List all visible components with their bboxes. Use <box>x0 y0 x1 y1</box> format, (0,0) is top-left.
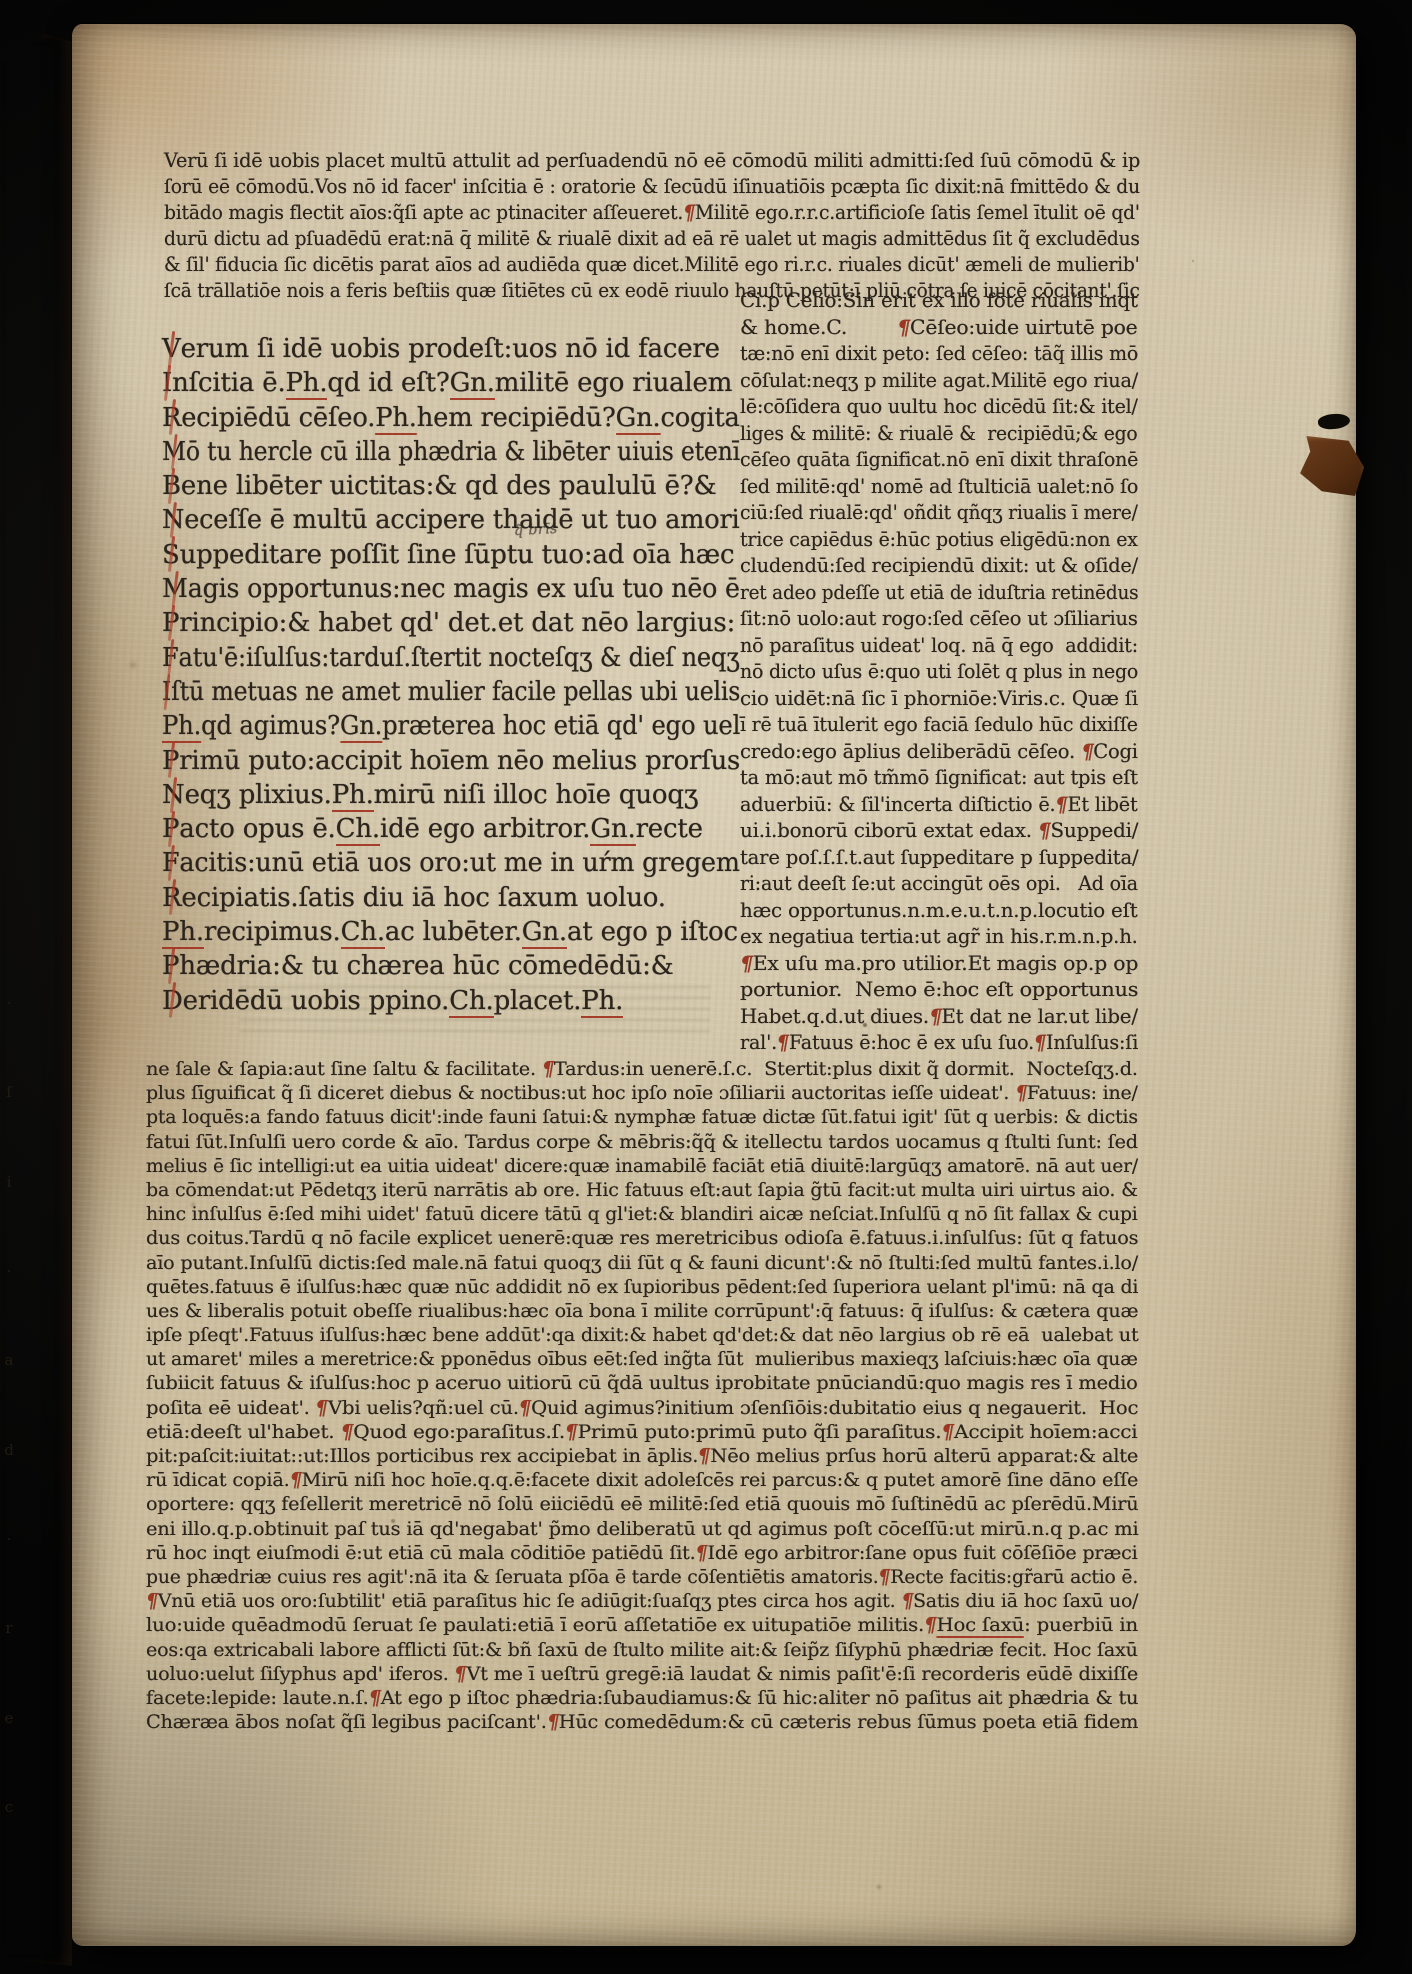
text-run: Vbi uelis?qñ:uel cū. <box>328 1397 519 1419</box>
text-run: nō dicto uſus ē:quo uti ſolēt q plus in … <box>740 660 1138 683</box>
text-run: Recte facitis:gr̃arū actio ē. <box>890 1566 1138 1588</box>
rubricated-abbreviation: Ph. <box>581 986 623 1018</box>
text-line: pue phædriæ cuius res agit':nā ita & ſer… <box>146 1565 1138 1589</box>
text-line: ſit:nō uolo:aut rogo:ſed cēſeo ut ɔſilia… <box>740 606 1138 633</box>
rubricated-abbreviation: Ph. <box>375 403 417 435</box>
text-line: liges & militē: & riualē & recipiēdū;& e… <box>740 421 1138 448</box>
text-line: portunior. Nemo ē:hoc eſt opportunus <box>740 977 1138 1004</box>
text-run: cio uidēt:nā ſic ī phorniōe:Viris.c. Quæ… <box>740 687 1138 710</box>
text-line: Primū puto:accipit hoīem nēo melius pror… <box>162 744 740 778</box>
text-run: cogita <box>660 403 739 433</box>
rubricated-initial: F <box>162 641 179 675</box>
text-line: credo:ego āplius deliberādū cēſeo. ¶Cogi <box>740 739 1138 766</box>
text-run: durū dictu ad pſuadēdū erat:nā q̄ militē… <box>164 227 1140 250</box>
edge-glyph: i <box>7 1173 12 1191</box>
text-run: Ci.p Celio:Sin erit ex illo fōte riualis… <box>740 289 1138 312</box>
text-run: : puerbiū in <box>1024 1614 1138 1636</box>
rubricated-initial: V <box>162 332 181 366</box>
text-line: Inſcitia ē.Ph.qd id eſt?Gn.militē ego ri… <box>162 366 732 400</box>
text-line: trice capiēdus ē:hūc potius eligēdū:non … <box>740 527 1138 554</box>
text-run: Nēo melius prſus horū alterū apparat:& a… <box>710 1445 1138 1467</box>
text-line: ipſe pſeqt'.Fatuus iſulſus:hæc bene addū… <box>146 1323 1138 1347</box>
text-run: ecipiatis.ſatis diu iā hoc ſaxum uoluo. <box>181 883 665 913</box>
text-run: Vnū etiā uos oro:ſubtilit' etiā paraſitu… <box>158 1590 901 1612</box>
text-run: uoluo:uelut ſiſyphus apd' iferos. <box>146 1663 455 1685</box>
rubricated-initial: F <box>162 846 179 880</box>
text-run: at ego p iſtoc <box>567 917 738 947</box>
text-run: ſit:nō uolo:aut rogo:ſed cēſeo ut ɔſilia… <box>740 607 1138 630</box>
text-run: ta mō:aut mō tm̃mō ſignificat: aut tpis … <box>740 766 1138 789</box>
text-run: Et libēt <box>1067 793 1137 816</box>
rubricated-initial: R <box>162 401 181 435</box>
text-run: portunior. Nemo ē:hoc eſt opportunus <box>740 978 1138 1001</box>
text-run: qd id eſt? <box>327 368 449 398</box>
text-line: Suppeditare poſſit ſine ſūptu tuo:ad oīa… <box>162 538 734 572</box>
text-run: acitis:unū etiā uos oro:ut me in uŕm gre… <box>179 848 739 878</box>
text-line: ¶Vnū etiā uos oro:ſubtilit' etiā paraſit… <box>146 1589 1138 1613</box>
text-run: ut amaret' miles a meretrice:& pponēdus … <box>146 1348 1138 1370</box>
rubricated-initial: I <box>162 675 171 709</box>
text-run: rū īdicat copiā. <box>146 1469 290 1491</box>
book-photo: ·ſi·ad·rec Verū ſi idē uobis placet mult… <box>0 0 1412 1974</box>
text-run: Idē ego arbitror:ſane opus fuit cōſēſiōe… <box>707 1542 1137 1564</box>
text-run: hem recipiēdū? <box>417 403 616 433</box>
rubricated-initial: N <box>162 778 185 812</box>
text-line: ī rē tuā ītulerit ego faciā ſedulo hūc d… <box>740 712 1138 739</box>
text-line: Ph.qd agimus?Gn.præterea hoc etiā qd' eg… <box>162 709 740 743</box>
edge-glyph: a <box>5 1351 14 1369</box>
text-line: Principio:& habet qd' det.et dat nēo lar… <box>162 606 735 640</box>
text-run: Quid agimus?initium ɔſenſiōis:dubitatio … <box>531 1397 1138 1419</box>
text-run: facete:lepide: laute.n.ſ. <box>146 1687 369 1709</box>
text-line: cōſulat:neqʒ p milite agat.Militē ego ri… <box>740 368 1138 395</box>
rubricated-initial: M <box>162 572 188 606</box>
text-run: ſtū metuas ne amet mulier facile pellas … <box>171 677 740 707</box>
rubricated-initial: S <box>162 538 180 572</box>
text-line: dus coitus.Tardū q nō facile explicet ue… <box>146 1226 1138 1250</box>
edge-glyph: c <box>5 1798 13 1816</box>
text-line: etiā:deeſt ul'habet. ¶Quod ego:paraſitus… <box>146 1420 1138 1444</box>
text-line: rū īdicat copiā.¶Mirū niſi hoc hoīe.q.q.… <box>146 1468 1138 1492</box>
text-line: Recipiēdū cēſeo.Ph.hem recipiēdū?Gn.cogi… <box>162 401 740 435</box>
text-run: Vt me ī ueſtrū gregē:iā laudat & nimis p… <box>467 1663 1139 1685</box>
text-run: eos:qa extricabali labore afflicti ſūt:&… <box>146 1639 1138 1661</box>
page-stack-edge: ·ſi·ad·rec <box>0 34 72 1966</box>
commentary-right-column: Ci.p Celio:Sin erit ex illo fōte riualis… <box>740 288 1138 1057</box>
text-run: rimū puto:accipit hoīem nēo melius prorſ… <box>179 746 740 776</box>
text-line: nō paraſitus uideat' loq. nā q̄ ego addi… <box>740 633 1138 660</box>
rubricated-initial: B <box>162 469 181 503</box>
rubricated-abbreviation: Ph. <box>332 780 374 812</box>
rubricated-abbreviation: Ch. <box>341 917 385 949</box>
text-line: cēſeo quāta ſignificat.nō enī dixit thra… <box>740 447 1138 474</box>
text-line: facete:lepide: laute.n.ſ.¶At ego p iſtoc… <box>146 1686 1138 1710</box>
text-run: hæc opportunus.n.m.e.u.t.n.p.locutio eſt <box>740 899 1137 922</box>
text-run: uppeditare poſſit ſine ſūptu tuo:ad oīa … <box>180 540 735 570</box>
text-run: luo:uide quēadmodū ſeruat ſe paulati:eti… <box>146 1614 924 1636</box>
text-line: ſubiicit fatuus & iſulſus:hoc p aceruo u… <box>146 1371 1138 1395</box>
text-line: ciū:ſed riualē:qd' oñdit qñqʒ riualis ī … <box>740 500 1138 527</box>
text-line: Verū ſi idē uobis placet multū attulit a… <box>164 148 1140 174</box>
text-line: pta loquēs:a fando fatuus dicit':inde fa… <box>146 1105 1138 1129</box>
text-line: ret adeo pdeſſe ut etiā de iduſtria reti… <box>740 580 1138 607</box>
text-line: & home.C. ¶Cēſeo:uide uirtutē poe <box>740 315 1138 342</box>
rubricated-abbreviation: Gn. <box>340 711 382 743</box>
text-run: ba cōmendat:ut Pēdetqʒ iterū narrātis ab… <box>146 1179 1138 1201</box>
text-run: Quod ego:paraſitus.ſ. <box>353 1421 565 1443</box>
text-run: Ex uſu ma.pro utilior.Et magis op.p op <box>753 952 1138 975</box>
text-line: pit:paſcit:iuitat::ut:Illos porticibus r… <box>146 1444 1138 1468</box>
text-line: Iſtū metuas ne amet mulier facile pellas… <box>162 675 740 709</box>
text-run: ac lubēter. <box>385 917 522 947</box>
rubricated-abbreviation: Ph. <box>162 711 201 743</box>
text-line: cludendū:ſed recipiendū dixit: ut & oſid… <box>740 553 1138 580</box>
rubricated-abbreviation: Ph. <box>162 917 204 949</box>
rubricated-initial: R <box>162 881 181 915</box>
text-run: Suppedi/ <box>1050 819 1138 842</box>
text-run: fatui ſūt.Inſulſi uero corde & aīo. Tard… <box>146 1131 1138 1153</box>
text-line: Fatu'ē:iſulſus:tarduſ.ſtertit nocteſqʒ &… <box>162 641 740 675</box>
text-run: cēſeo quāta ſignificat.nō enī dixit thra… <box>740 448 1138 471</box>
rubricated-initial: N <box>162 503 184 537</box>
text-run: ui.i.bonorū ciborū extat edax. <box>740 819 1038 842</box>
text-run: & ſil' fiducia ſic dicētis parat aīos ad… <box>164 253 1140 276</box>
text-line: Bene libēter uictitas:& qd des paululū ē… <box>162 469 716 503</box>
text-line: ſed militē:qd' nomē ad ſtulticiā ualet:n… <box>740 474 1138 501</box>
text-line: Ph.recipimus.Ch.ac lubēter.Gn.at ego p i… <box>162 915 738 949</box>
text-line: Facitis:unū etiā uos oro:ut me in uŕm gr… <box>162 846 740 880</box>
rubricated-initial: P <box>162 744 179 778</box>
text-line: Pacto opus ē.Ch.idē ego arbitror.Gn.rect… <box>162 812 703 846</box>
rubricated-abbreviation: Hoc ſaxū <box>936 1614 1024 1638</box>
text-run: eni illo.q.p.obtinuit paſ tus iā qd'nega… <box>146 1518 1138 1540</box>
text-run: Cēſeo:uide uirtutē poe <box>910 316 1138 339</box>
text-run: Mirū niſi hoc hoīe.q.q.ē:facete dixit ad… <box>302 1469 1139 1491</box>
text-run: pta loquēs:a fando fatuus dicit':inde fa… <box>146 1106 1138 1128</box>
page-edge-glyphs: ·ſi·ad·rec <box>1 994 17 1816</box>
commentary-bottom-block: ne ſale & ſapia:aut ſine ſaltu & facilit… <box>146 1057 1138 1734</box>
text-run: ipſe pſeqt'.Fatuus iſulſus:hæc bene addū… <box>146 1324 1138 1346</box>
text-line: ſorū eē cōmodū.Vos nō id facer' inſcitia… <box>164 174 1140 200</box>
text-line: poſita eē uideat'. ¶Vbi uelis?qñ:uel cū.… <box>146 1396 1138 1420</box>
text-run: ſed militē:qd' nomē ad ſtulticiā ualet:n… <box>740 475 1138 498</box>
text-run: melius ē ſic intelligi:ut ea uitia uidea… <box>146 1155 1138 1177</box>
text-run: Chæræa ābos noſat q̃ſi legibus paciſcant… <box>146 1711 547 1733</box>
rubricated-initial: P <box>162 606 179 640</box>
text-run: pit:paſcit:iuitat::ut:Illos porticibus r… <box>146 1445 698 1467</box>
text-line: lē:cōſidera quo uultu hoc dicēdū ſit:& i… <box>740 394 1138 421</box>
text-run: ene libēter uictitas:& qd des paululū ē?… <box>181 471 717 501</box>
edge-glyph: · <box>7 1530 12 1548</box>
text-line: ui.i.bonorū ciborū extat edax. ¶Suppedi/ <box>740 818 1138 845</box>
text-run: Et dat ne lar.ut libe/ <box>941 1005 1137 1028</box>
text-run: eceſſe ē multū accipere thaidē ut tuo am… <box>184 505 739 535</box>
text-line: oportere: qqʒ feſellerit meretricē nō ſo… <box>146 1492 1138 1516</box>
rubricated-abbreviation: Gn. <box>522 917 567 949</box>
text-run: ō tu hercle cū illa phædria & libēter ui… <box>186 437 740 467</box>
text-line: cio uidēt:nā ſic ī phorniōe:Viris.c. Quæ… <box>740 686 1138 713</box>
text-run: ciū:ſed riualē:qd' oñdit qñqʒ riualis ī … <box>740 501 1138 524</box>
text-run: mirū niſi illoc hoīe quoqʒ <box>374 780 699 810</box>
text-run: ret adeo pdeſſe ut etiā de iduſtria reti… <box>740 581 1138 604</box>
text-run: lē:cōſidera quo uultu hoc dicēdū ſit:& i… <box>740 395 1138 418</box>
text-run: liges & militē: & riualē & recipiēdū;& e… <box>740 422 1138 445</box>
rubricated-initial: M <box>162 435 186 469</box>
rubricated-initial: P <box>162 812 179 846</box>
verse-text-block: q̃ brīs Verum ſi idē uobis prodeſt:uos n… <box>162 332 740 1018</box>
text-run: tare poſ.ſ.ſ.t.aut ſuppeditare p ſuppedi… <box>740 846 1138 869</box>
text-run: credo:ego āplius deliberādū cēſeo. <box>740 740 1081 763</box>
text-run: aduerbiū: & ſil'incerta diſtictio ē. <box>740 793 1055 816</box>
text-run: ne ſale & ſapia:aut ſine ſaltu & facilit… <box>146 1058 542 1080</box>
text-line: fatui ſūt.Inſulſi uero corde & aīo. Tard… <box>146 1130 1138 1154</box>
text-line: Mō tu hercle cū illa phædria & libēter u… <box>162 435 740 469</box>
text-run: ecipiēdū cēſeo. <box>181 403 375 433</box>
text-run: pue phædriæ cuius res agit':nā ita & ſer… <box>146 1566 879 1588</box>
text-run: tæ:nō enī dixit peto: ſed cēſeo: tāq̃ il… <box>740 342 1138 365</box>
text-run: qd agimus? <box>201 711 340 741</box>
text-line: tæ:nō enī dixit peto: ſed cēſeo: tāq̃ il… <box>740 341 1138 368</box>
text-line: plus ſīguificat q̃ ſi diceret diebus & n… <box>146 1081 1138 1105</box>
text-line: & ſil' fiducia ſic dicētis parat aīos ad… <box>164 252 1140 278</box>
text-line: uoluo:uelut ſiſyphus apd' iferos. ¶Vt me… <box>146 1662 1138 1686</box>
text-run: eqʒ plixius. <box>185 780 332 810</box>
text-run: poſita eē uideat'. <box>146 1397 316 1419</box>
text-run: ri:aut deeſt ſe:ut accingūt oēs opi. Ad … <box>740 872 1138 895</box>
edge-glyph: e <box>5 1709 14 1727</box>
text-line: Chæræa ābos noſat q̃ſi legibus paciſcant… <box>146 1710 1138 1734</box>
text-run: acto opus ē. <box>179 814 335 844</box>
text-line: ri:aut deeſt ſe:ut accingūt oēs opi. Ad … <box>740 871 1138 898</box>
text-line: ut amaret' miles a meretrice:& pponēdus … <box>146 1347 1138 1371</box>
text-run: agis opportunus:nec magis ex uſu tuo nēo… <box>188 574 740 604</box>
text-run: ī rē tuā ītulerit ego faciā ſedulo hūc d… <box>740 713 1138 736</box>
text-line: aduerbiū: & ſil'incerta diſtictio ē.¶Et … <box>740 792 1138 819</box>
book-page: Verū ſi idē uobis placet multū attulit a… <box>72 24 1356 1946</box>
text-line: hæc opportunus.n.m.e.u.t.n.p.locutio eſt <box>740 898 1137 925</box>
text-line: tare poſ.ſ.ſ.t.aut ſuppeditare p ſuppedi… <box>740 845 1138 872</box>
intro-commentary: Verū ſi idē uobis placet multū attulit a… <box>164 148 1140 305</box>
edge-glyph: ſ <box>6 1083 12 1101</box>
text-run: recipimus. <box>204 917 341 947</box>
text-line: eni illo.q.p.obtinuit paſ tus iā qd'nega… <box>146 1517 1138 1541</box>
rubricated-initial: D <box>162 984 183 1018</box>
text-run: nō paraſitus uideat' loq. nā q̄ ego addi… <box>740 634 1138 657</box>
text-line: Verum ſi idē uobis prodeſt:uos nō id fac… <box>162 332 720 366</box>
text-run: dus coitus.Tardū q nō facile explicet ue… <box>146 1227 1138 1249</box>
text-run: trice capiēdus ē:hūc potius eligēdū:non … <box>740 528 1138 551</box>
text-run: ſubiicit fatuus & iſulſus:hoc p aceruo u… <box>146 1372 1138 1394</box>
text-line: melius ē ſic intelligi:ut ea uitia uidea… <box>146 1154 1138 1178</box>
rubricated-abbreviation: Gn. <box>450 368 495 400</box>
rubricated-initial: I <box>162 366 172 400</box>
text-run: oportere: qqʒ feſellerit meretricē nō ſo… <box>146 1493 1138 1515</box>
text-line: ne ſale & ſapia:aut ſine ſaltu & facilit… <box>146 1057 1138 1081</box>
text-line: Phædria:& tu chærea hūc cōmedēdū:& <box>162 949 674 983</box>
text-run: Verū ſi idē uobis placet multū attulit a… <box>164 149 1140 172</box>
text-run: ex negatiua tertia:ut agr̃ in his.r.m.n.… <box>740 925 1138 948</box>
text-line: Neqʒ plixius.Ph.mirū niſi illoc hoīe quo… <box>162 778 698 812</box>
text-run: Fatuus: ine/ <box>1027 1082 1138 1104</box>
text-run: recte <box>636 814 703 844</box>
text-run: aīo putant.Inſulſū dictis:ſed male.nā fa… <box>146 1252 1138 1274</box>
text-line: Recipiatis.ſatis diu iā hoc ſaxum uoluo. <box>162 881 666 915</box>
text-line: ta mō:aut mō tm̃mō ſignificat: aut tpis … <box>740 765 1138 792</box>
rubricated-abbreviation: Gn. <box>590 814 635 846</box>
text-run: cōſulat:neqʒ p milite agat.Militē ego ri… <box>740 369 1138 392</box>
text-line: ex negatiua tertia:ut agr̃ in his.r.m.n.… <box>740 924 1138 951</box>
ink-specks <box>72 24 74 26</box>
text-line: Magis opportunus:nec magis ex uſu tuo nē… <box>162 572 740 606</box>
text-line: luo:uide quēadmodū ſeruat ſe paulati:eti… <box>146 1613 1138 1637</box>
text-line: Neceſſe ē multū accipere thaidē ut tuo a… <box>162 503 740 537</box>
text-line: Habet.q.d.ut diues.¶Et dat ne lar.ut lib… <box>740 1004 1138 1031</box>
text-line: nō dicto uſus ē:quo uti ſolēt q plus in … <box>740 659 1138 686</box>
text-run: Inſulſus:ſi <box>1046 1031 1138 1054</box>
text-run: ral'. <box>740 1031 777 1054</box>
edge-glyph: · <box>7 994 12 1012</box>
text-line: ues & liberalis potuit obeſſe riualibus:… <box>146 1299 1138 1323</box>
text-line: hinc inſulſus ē:ſed mihi uidet' fatuū di… <box>146 1202 1138 1226</box>
text-run: atu'ē:iſulſus:tarduſ.ſtertit nocteſqʒ & … <box>179 643 740 673</box>
edge-glyph: · <box>7 1262 12 1280</box>
text-run: quētes.fatuus ē iſulſus:hæc quæ nūc addi… <box>146 1276 1138 1298</box>
text-line: quētes.fatuus ē iſulſus:hæc quæ nūc addi… <box>146 1275 1138 1299</box>
text-line: rū hoc inqt eiuſmodi ē:ut etiā cū mala c… <box>146 1541 1138 1565</box>
text-line: durū dictu ad pſuadēdū erat:nā q̄ militē… <box>164 226 1140 252</box>
text-run: Tardus:in uenerē.ſ.c. Stertit:plus dixit… <box>554 1058 1138 1080</box>
text-run: placet. <box>494 986 582 1016</box>
text-run: hædria:& tu chærea hūc cōmedēdū:& <box>179 951 673 981</box>
text-run: rincipio:& habet qd' det.et dat nēo larg… <box>179 608 735 638</box>
text-line: ¶Ex uſu ma.pro utilior.Et magis op.p op <box>740 951 1138 978</box>
text-run: erum ſi idē uobis prodeſt:uos nō id face… <box>181 334 720 364</box>
text-line: ba cōmendat:ut Pēdetqʒ iterū narrātis ab… <box>146 1178 1138 1202</box>
rubricated-abbreviation: Ch. <box>449 986 493 1018</box>
rubricated-abbreviation: Gn. <box>616 403 661 435</box>
text-line: aīo putant.Inſulſū dictis:ſed male.nā fa… <box>146 1251 1138 1275</box>
text-run: Primū puto:primū puto q̃ſi paraſitus. <box>578 1421 942 1443</box>
text-line: Deridēdū uobis ppino.Ch.placet.Ph. <box>162 984 623 1018</box>
text-run: Militē ego.r.r.c.artificioſe ſatis ſemel… <box>695 201 1140 224</box>
text-run: nſcitia ē. <box>172 368 285 398</box>
text-run: & home.C. <box>740 316 897 339</box>
text-line: ral'.¶Fatuus ē:hoc ē ex uſu ſuo.¶Inſulſu… <box>740 1030 1138 1057</box>
text-run: idē ego arbitror. <box>380 814 590 844</box>
text-line: bitādo magis flectit aīos:q̃ſi apte ac p… <box>164 200 1140 226</box>
text-run: rū hoc inqt eiuſmodi ē:ut etiā cū mala c… <box>146 1542 696 1564</box>
text-run: Satis diu iā hoc ſaxū uo/ <box>913 1590 1138 1612</box>
text-run: cludendū:ſed recipiendū dixit: ut & oſid… <box>740 554 1138 577</box>
text-run: hinc inſulſus ē:ſed mihi uidet' fatuū di… <box>146 1203 1138 1225</box>
text-line: Ci.p Celio:Sin erit ex illo fōte riualis… <box>740 288 1138 315</box>
text-run: At ego p iſtoc phædria:ſubaudiamus:& ſū … <box>381 1687 1139 1709</box>
rubricated-initial: P <box>162 949 179 983</box>
text-run: Cogi <box>1093 740 1138 763</box>
rubricated-abbreviation: Ch. <box>336 814 380 846</box>
text-run: ſorū eē cōmodū.Vos nō id facer' inſcitia… <box>164 175 1140 198</box>
text-run: militē ego riualem <box>495 368 732 398</box>
text-run: eridēdū uobis ppino. <box>183 986 450 1016</box>
text-run: plus ſīguificat q̃ ſi diceret diebus & n… <box>146 1082 1015 1104</box>
text-run: Hūc comedēdum:& cū cæteris rebus ſūmus p… <box>559 1711 1139 1733</box>
text-line: eos:qa extricabali labore afflicti ſūt:&… <box>146 1638 1138 1662</box>
text-run: bitādo magis flectit aīos:q̃ſi apte ac p… <box>164 201 683 224</box>
text-run: etiā:deeſt ul'habet. <box>146 1421 341 1443</box>
edge-glyph: d <box>4 1441 14 1459</box>
text-run: Accipit hoīem:acci <box>954 1421 1137 1443</box>
text-run: ues & liberalis potuit obeſſe riualibus:… <box>146 1300 1138 1322</box>
text-run: præterea hoc etiā qd' ego uel <box>382 711 740 741</box>
edge-glyph: r <box>5 1619 12 1637</box>
rubricated-abbreviation: Ph. <box>286 368 328 400</box>
text-run: Fatuus ē:hoc ē ex uſu ſuo. <box>789 1031 1034 1054</box>
text-run: Habet.q.d.ut diues. <box>740 1005 929 1028</box>
